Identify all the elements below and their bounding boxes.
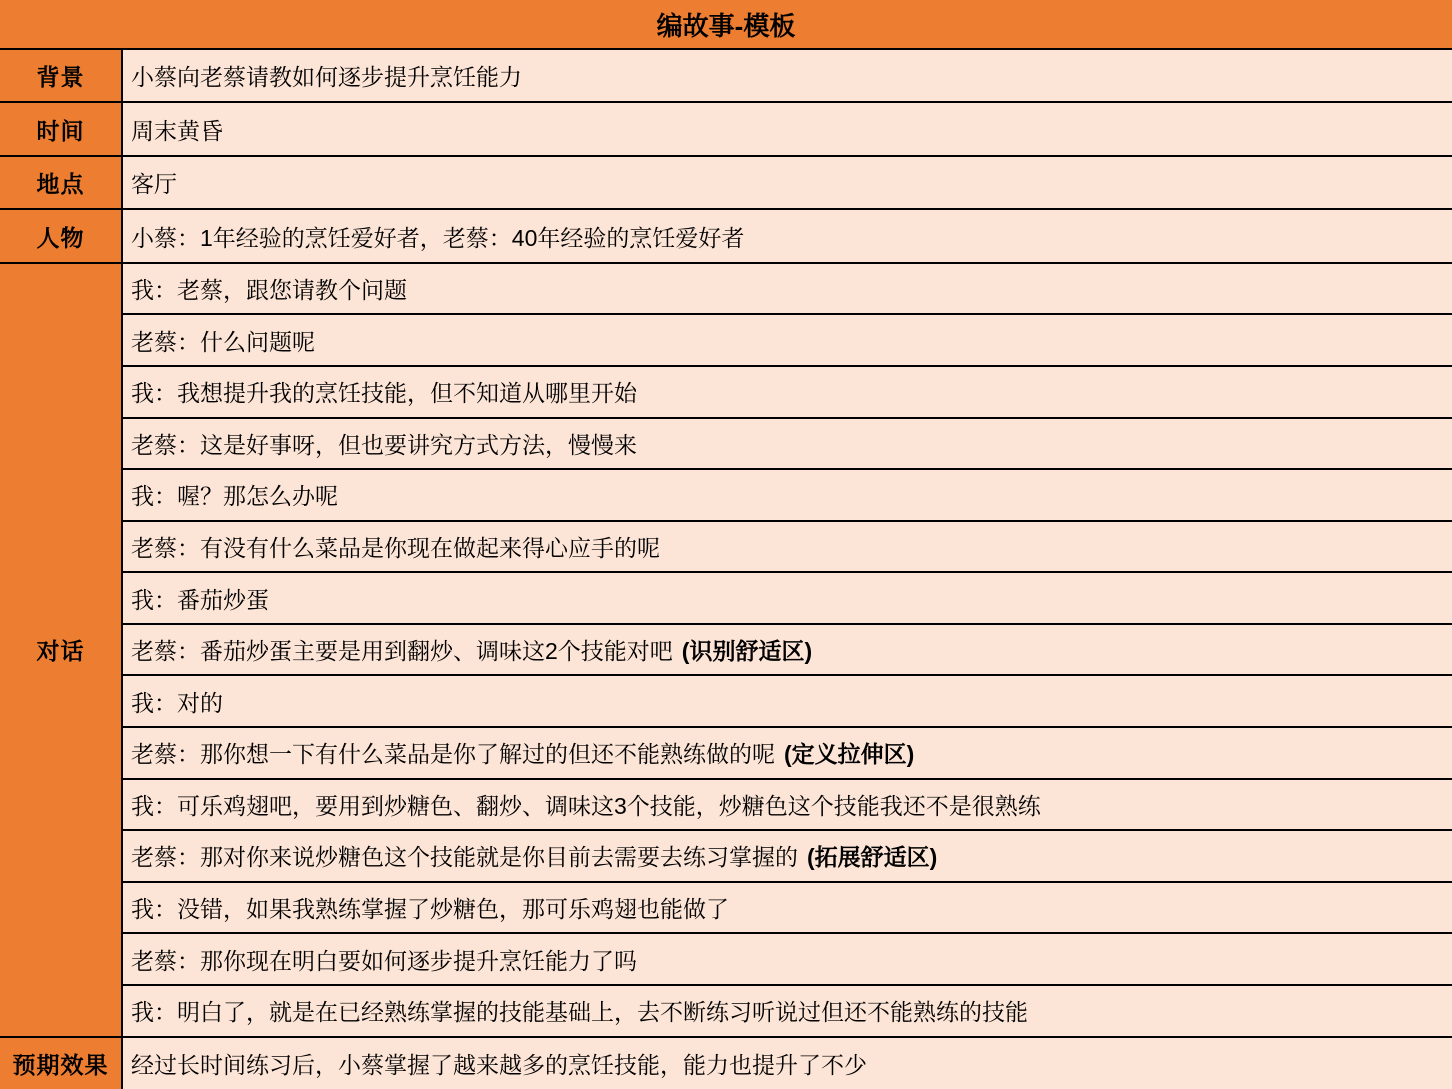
dialog-line-text: 老蔡：那对你来说炒糖色这个技能就是你目前去需要去练习掌握的: [131, 839, 798, 872]
row-content-time: 周末黄昏: [123, 103, 1452, 154]
table-row-place: 地点 客厅: [0, 157, 1452, 210]
table-title: 编故事-模板: [0, 0, 1452, 50]
dialog-row: 老蔡：那你想一下有什么菜品是你了解过的但还不能熟练做的呢(定义拉伸区): [123, 728, 1452, 780]
dialog-line-note: (定义拉伸区): [784, 736, 914, 769]
dialog-row: 我：我想提升我的烹饪技能，但不知道从哪里开始: [123, 367, 1452, 419]
dialog-line-note: (拓展舒适区): [807, 839, 937, 872]
dialog-row: 我：番茄炒蛋: [123, 573, 1452, 625]
dialog-line-text: 老蔡：那你想一下有什么菜品是你了解过的但还不能熟练做的呢: [131, 736, 775, 769]
dialog-line-text: 老蔡：那你现在明白要如何逐步提升烹饪能力了吗: [131, 943, 637, 976]
row-label-background: 背景: [0, 50, 123, 101]
dialog-line-text: 我：可乐鸡翅吧，要用到炒糖色、翻炒、调味这3个技能，炒糖色这个技能我还不是很熟练: [131, 788, 1041, 821]
dialog-row: 老蔡：这是好事呀，但也要讲究方式方法，慢慢来: [123, 419, 1452, 471]
dialog-line-text: 老蔡：这是好事呀，但也要讲究方式方法，慢慢来: [131, 427, 637, 460]
dialog-line-text: 我：老蔡，跟您请教个问题: [131, 272, 407, 305]
dialog-line-note: (识别舒适区): [682, 633, 812, 666]
dialog-row: 我：对的: [123, 676, 1452, 728]
story-template-table: 编故事-模板 背景 小蔡向老蔡请教如何逐步提升烹饪能力 时间 周末黄昏 地点 客…: [0, 0, 1452, 1089]
dialog-row: 我：可乐鸡翅吧，要用到炒糖色、翻炒、调味这3个技能，炒糖色这个技能我还不是很熟练: [123, 780, 1452, 832]
dialog-line-text: 老蔡：什么问题呢: [131, 324, 315, 357]
dialog-row: 老蔡：番茄炒蛋主要是用到翻炒、调味这2个技能对吧(识别舒适区): [123, 625, 1452, 677]
dialog-line-text: 我：喔？那怎么办呢: [131, 478, 338, 511]
row-label-place: 地点: [0, 157, 123, 208]
dialog-row: 我：老蔡，跟您请教个问题: [123, 264, 1452, 316]
dialog-line-text: 我：明白了，就是在已经熟练掌握的技能基础上，去不断练习听说过但还不能熟练的技能: [131, 994, 1028, 1027]
table-body: 背景 小蔡向老蔡请教如何逐步提升烹饪能力 时间 周末黄昏 地点 客厅 人物 小蔡…: [0, 50, 1452, 1089]
table-row-expected-result: 预期效果 经过长时间练习后，小蔡掌握了越来越多的烹饪技能，能力也提升了不少: [0, 1038, 1452, 1089]
dialog-row: 我：没错，如果我熟练掌握了炒糖色，那可乐鸡翅也能做了: [123, 883, 1452, 935]
dialog-row: 老蔡：那你现在明白要如何逐步提升烹饪能力了吗: [123, 934, 1452, 986]
dialog-row: 老蔡：有没有什么菜品是你现在做起来得心应手的呢: [123, 522, 1452, 574]
table-row-characters: 人物 小蔡：1年经验的烹饪爱好者，老蔡：40年经验的烹饪爱好者: [0, 210, 1452, 263]
row-label-characters: 人物: [0, 210, 123, 261]
dialog-line-text: 老蔡：有没有什么菜品是你现在做起来得心应手的呢: [131, 530, 660, 563]
dialog-line-text: 我：对的: [131, 685, 223, 718]
row-content-background: 小蔡向老蔡请教如何逐步提升烹饪能力: [123, 50, 1452, 101]
row-content-expected-result: 经过长时间练习后，小蔡掌握了越来越多的烹饪技能，能力也提升了不少: [123, 1038, 1452, 1089]
dialog-line-text: 老蔡：番茄炒蛋主要是用到翻炒、调味这2个技能对吧: [131, 633, 673, 666]
dialog-rows: 我：老蔡，跟您请教个问题 老蔡：什么问题呢 我：我想提升我的烹饪技能，但不知道从…: [123, 264, 1452, 1036]
table-row-background: 背景 小蔡向老蔡请教如何逐步提升烹饪能力: [0, 50, 1452, 103]
table-row-time: 时间 周末黄昏: [0, 103, 1452, 156]
row-label-dialog: 对话: [0, 264, 123, 1036]
row-content-characters: 小蔡：1年经验的烹饪爱好者，老蔡：40年经验的烹饪爱好者: [123, 210, 1452, 261]
row-content-place: 客厅: [123, 157, 1452, 208]
row-label-time: 时间: [0, 103, 123, 154]
dialog-row: 老蔡：那对你来说炒糖色这个技能就是你目前去需要去练习掌握的(拓展舒适区): [123, 831, 1452, 883]
dialog-line-text: 我：没错，如果我熟练掌握了炒糖色，那可乐鸡翅也能做了: [131, 891, 729, 924]
row-label-expected-result: 预期效果: [0, 1038, 123, 1089]
dialog-line-text: 我：番茄炒蛋: [131, 582, 269, 615]
dialog-row: 老蔡：什么问题呢: [123, 315, 1452, 367]
dialog-row: 我：明白了，就是在已经熟练掌握的技能基础上，去不断练习听说过但还不能熟练的技能: [123, 986, 1452, 1036]
dialog-row: 我：喔？那怎么办呢: [123, 470, 1452, 522]
dialog-section: 对话 我：老蔡，跟您请教个问题 老蔡：什么问题呢 我：我想提升我的烹饪技能，但不…: [0, 264, 1452, 1038]
dialog-line-text: 我：我想提升我的烹饪技能，但不知道从哪里开始: [131, 375, 637, 408]
